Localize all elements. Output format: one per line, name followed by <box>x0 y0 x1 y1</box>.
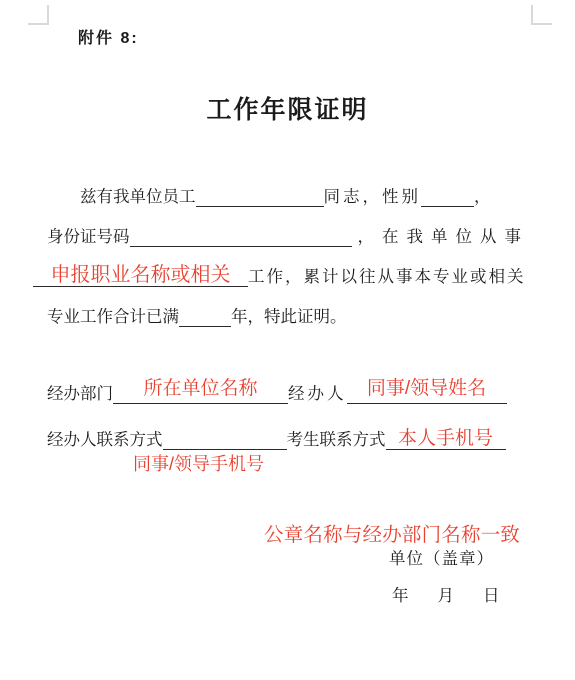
document-page: 附件 8: 工作年限证明 兹有我单位员工 同志，性别 ， 身份证号码 ，在我单位… <box>0 0 575 680</box>
blank-id-number <box>130 222 352 247</box>
body-line-4: 专业工作合计已满 年，特此证明。 <box>47 302 347 327</box>
handler-contact-hint-text: 同事/领导手机号 <box>133 455 264 473</box>
blank-occupation: 申报职业名称或相关 <box>33 262 248 287</box>
body-line-3: 申报职业名称或相关 工作，累计以往从事本专业或相关 <box>33 262 526 287</box>
occupation-hint-text: 申报职业名称或相关 <box>51 265 231 286</box>
body-line1-pre: 兹有我单位员工 <box>80 188 196 207</box>
document-title: 工作年限证明 <box>0 90 575 126</box>
date-line: 年 月 日 <box>392 588 500 605</box>
person-hint-text: 同事/领导姓名 <box>367 379 486 403</box>
blank-dept-name: 所在单位名称 <box>113 379 288 404</box>
candidate-contact-label: 考生联系方式 <box>287 431 386 450</box>
page-corner-mark-top-left <box>28 5 49 25</box>
candidate-contact-hint-text: 本人手机号 <box>398 429 493 449</box>
blank-person-name: 同事/领导姓名 <box>347 379 507 404</box>
person-label: 经办人 <box>288 385 347 404</box>
body-line-2: 身份证号码 ，在我单位从事 <box>47 222 529 247</box>
body-line2-end: ，在我单位从事 <box>358 228 530 247</box>
dept-hint-text: 所在单位名称 <box>143 379 257 403</box>
blank-candidate-contact: 本人手机号 <box>386 425 506 450</box>
blank-handler-contact <box>163 425 287 450</box>
unit-seal-label: 单位（盖章） <box>389 551 494 568</box>
dept-label: 经办部门 <box>47 385 113 404</box>
handler-contact-label: 经办人联系方式 <box>47 431 163 450</box>
blank-gender <box>421 182 474 207</box>
body-line-1: 兹有我单位员工 同志，性别 ， <box>47 182 491 207</box>
seal-note-text: 公章名称与经办部门名称一致 <box>264 526 520 546</box>
body-line4-pre: 专业工作合计已满 <box>47 308 179 327</box>
date-day-label: 日 <box>483 588 500 605</box>
body-line4-end: 年，特此证明。 <box>231 308 347 327</box>
blank-years <box>179 302 231 327</box>
body-line1-end: ， <box>474 188 491 207</box>
attachment-label: 附件 8: <box>78 25 139 48</box>
date-month-label: 月 <box>438 588 455 605</box>
date-year-label: 年 <box>392 588 409 605</box>
body-line2-pre: 身份证号码 <box>47 228 130 247</box>
handler-contact-line: 经办人联系方式 考生联系方式 本人手机号 <box>47 425 506 450</box>
blank-employee-name <box>196 182 324 207</box>
handler-dept-line: 经办部门 所在单位名称 经办人 同事/领导姓名 <box>47 379 507 404</box>
body-line1-mid: 同志，性别 <box>324 188 422 207</box>
body-line3-end: 工作，累计以往从事本专业或相关 <box>248 268 526 287</box>
page-corner-mark-top-right <box>531 5 552 25</box>
